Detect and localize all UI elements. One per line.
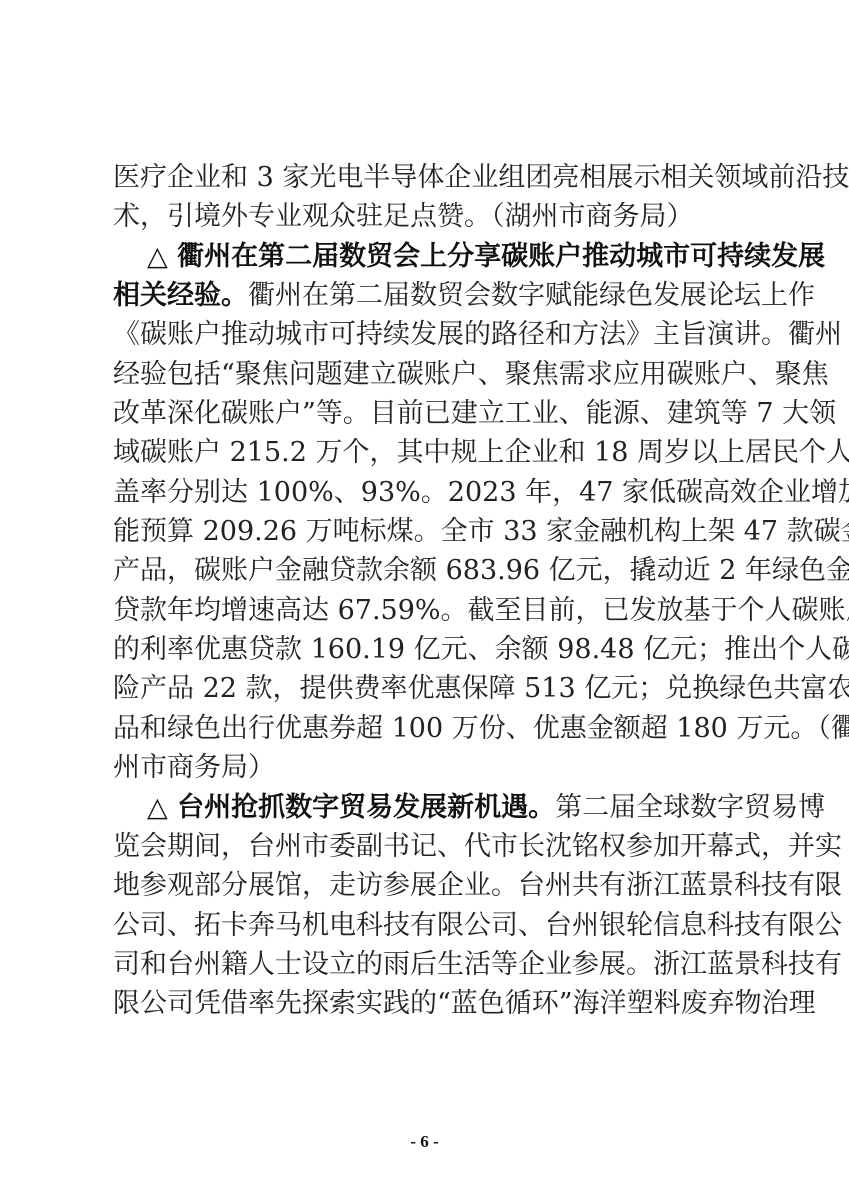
body-text-run: 险产品 22 款，提供费率优惠保障 513 亿元；兑换绿色共富农产 [113,673,849,704]
body-text-run: 盖率分别达 100%、93%。2023 年，47 家低碳高效企业增加用 [113,477,849,508]
body-text-run: 的利率优惠贷款 160.19 亿元、余额 98.48 亿元；推出个人碳保 [113,634,849,665]
text-line: 公司、拓卡奔马机电科技有限公司、台州银轮信息科技有限公 [113,906,745,945]
text-line: 经验包括“聚焦问题建立碳账户、聚焦需求应用碳账户、聚焦 [113,355,745,394]
body-text-run: 产品，碳账户金融贷款余额 683.96 亿元，撬动近 2 年绿色金融 [113,555,849,586]
body-text-run: 贷款年均增速高达 67.59%。截至目前，已发放基于个人碳账户 [113,595,849,626]
body-text-run: 览会期间，台州市委副书记、代市长沈铭权参加开幕式，并实 [113,831,842,862]
text-line: 的利率优惠贷款 160.19 亿元、余额 98.48 亿元；推出个人碳保 [113,630,745,669]
bold-heading-text: △ 台州抢抓数字贸易发展新机遇。 [147,792,555,823]
body-text-run: 改革深化碳账户”等。目前已建立工业、能源、建筑等 7 大领 [113,398,836,429]
body-text-run: 品和绿色出行优惠券超 100 万份、优惠金额超 180 万元。（衢 [113,713,849,744]
bold-heading-text: △ 衢州在第二届数贸会上分享碳账户推动城市可持续发展 [147,241,825,272]
page-number: - 6 - [0,1132,849,1152]
text-line: 览会期间，台州市委副书记、代市长沈铭权参加开幕式，并实 [113,827,745,866]
text-line: 司和台州籍人士设立的雨后生活等企业参展。浙江蓝景科技有 [113,945,745,984]
text-line: 贷款年均增速高达 67.59%。截至目前，已发放基于个人碳账户 [113,591,745,630]
document-page: 医疗企业和 3 家光电半导体企业组团亮相展示相关领域前沿技术，引境外专业观众驻足… [0,0,849,1200]
text-line: 能预算 209.26 万吨标煤。全市 33 家金融机构上架 47 款碳金融 [113,512,745,551]
text-line: 改革深化碳账户”等。目前已建立工业、能源、建筑等 7 大领 [113,394,745,433]
text-line: 《碳账户推动城市可持续发展的路径和方法》主旨演讲。衢州 [113,315,745,354]
body-text-run: 域碳账户 215.2 万个，其中规上企业和 18 周岁以上居民个人覆 [113,437,849,468]
body-text-run: 司和台州籍人士设立的雨后生活等企业参展。浙江蓝景科技有 [113,949,842,980]
body-text-run: 限公司凭借率先探索实践的“蓝色循环”海洋塑料废弃物治理 [113,988,816,1019]
text-line: 术，引境外专业观众驻足点赞。（湖州市商务局） [113,197,745,236]
body-text-run: 衢州在第二届数贸会数字赋能绿色发展论坛上作 [248,280,815,311]
body-text-run: 地参观部分展馆，走访参展企业。台州共有浙江蓝景科技有限 [113,870,842,901]
text-line: 域碳账户 215.2 万个，其中规上企业和 18 周岁以上居民个人覆 [113,433,745,472]
text-line: 地参观部分展馆，走访参展企业。台州共有浙江蓝景科技有限 [113,866,745,905]
text-line: △ 衢州在第二届数贸会上分享碳账户推动城市可持续发展 [113,237,745,276]
text-line: 州市商务局） [113,748,745,787]
text-line: 限公司凭借率先探索实践的“蓝色循环”海洋塑料废弃物治理 [113,984,745,1023]
text-line: 品和绿色出行优惠券超 100 万份、优惠金额超 180 万元。（衢 [113,709,745,748]
text-line: 产品，碳账户金融贷款余额 683.96 亿元，撬动近 2 年绿色金融 [113,551,745,590]
body-text-run: 术，引境外专业观众驻足点赞。（湖州市商务局） [113,201,694,232]
body-text-run: 第二届全球数字贸易博 [555,792,825,823]
text-line: 盖率分别达 100%、93%。2023 年，47 家低碳高效企业增加用 [113,473,745,512]
text-line: 医疗企业和 3 家光电半导体企业组团亮相展示相关领域前沿技 [113,158,745,197]
body-text-run: 公司、拓卡奔马机电科技有限公司、台州银轮信息科技有限公 [113,910,842,941]
text-line: △ 台州抢抓数字贸易发展新机遇。第二届全球数字贸易博 [113,788,745,827]
body-text-run: 经验包括“聚焦问题建立碳账户、聚焦需求应用碳账户、聚焦 [113,359,829,390]
bold-heading-text: 相关经验。 [113,280,248,311]
body-text-run: 《碳账户推动城市可持续发展的路径和方法》主旨演讲。衢州 [113,319,842,350]
body-text-run: 医疗企业和 3 家光电半导体企业组团亮相展示相关领域前沿技 [113,162,849,193]
text-line: 险产品 22 款，提供费率优惠保障 513 亿元；兑换绿色共富农产 [113,669,745,708]
text-line: 相关经验。衢州在第二届数贸会数字赋能绿色发展论坛上作 [113,276,745,315]
body-text-run: 能预算 209.26 万吨标煤。全市 33 家金融机构上架 47 款碳金融 [113,516,849,547]
body-text: 医疗企业和 3 家光电半导体企业组团亮相展示相关领域前沿技术，引境外专业观众驻足… [113,158,745,1024]
body-text-run: 州市商务局） [113,752,275,783]
